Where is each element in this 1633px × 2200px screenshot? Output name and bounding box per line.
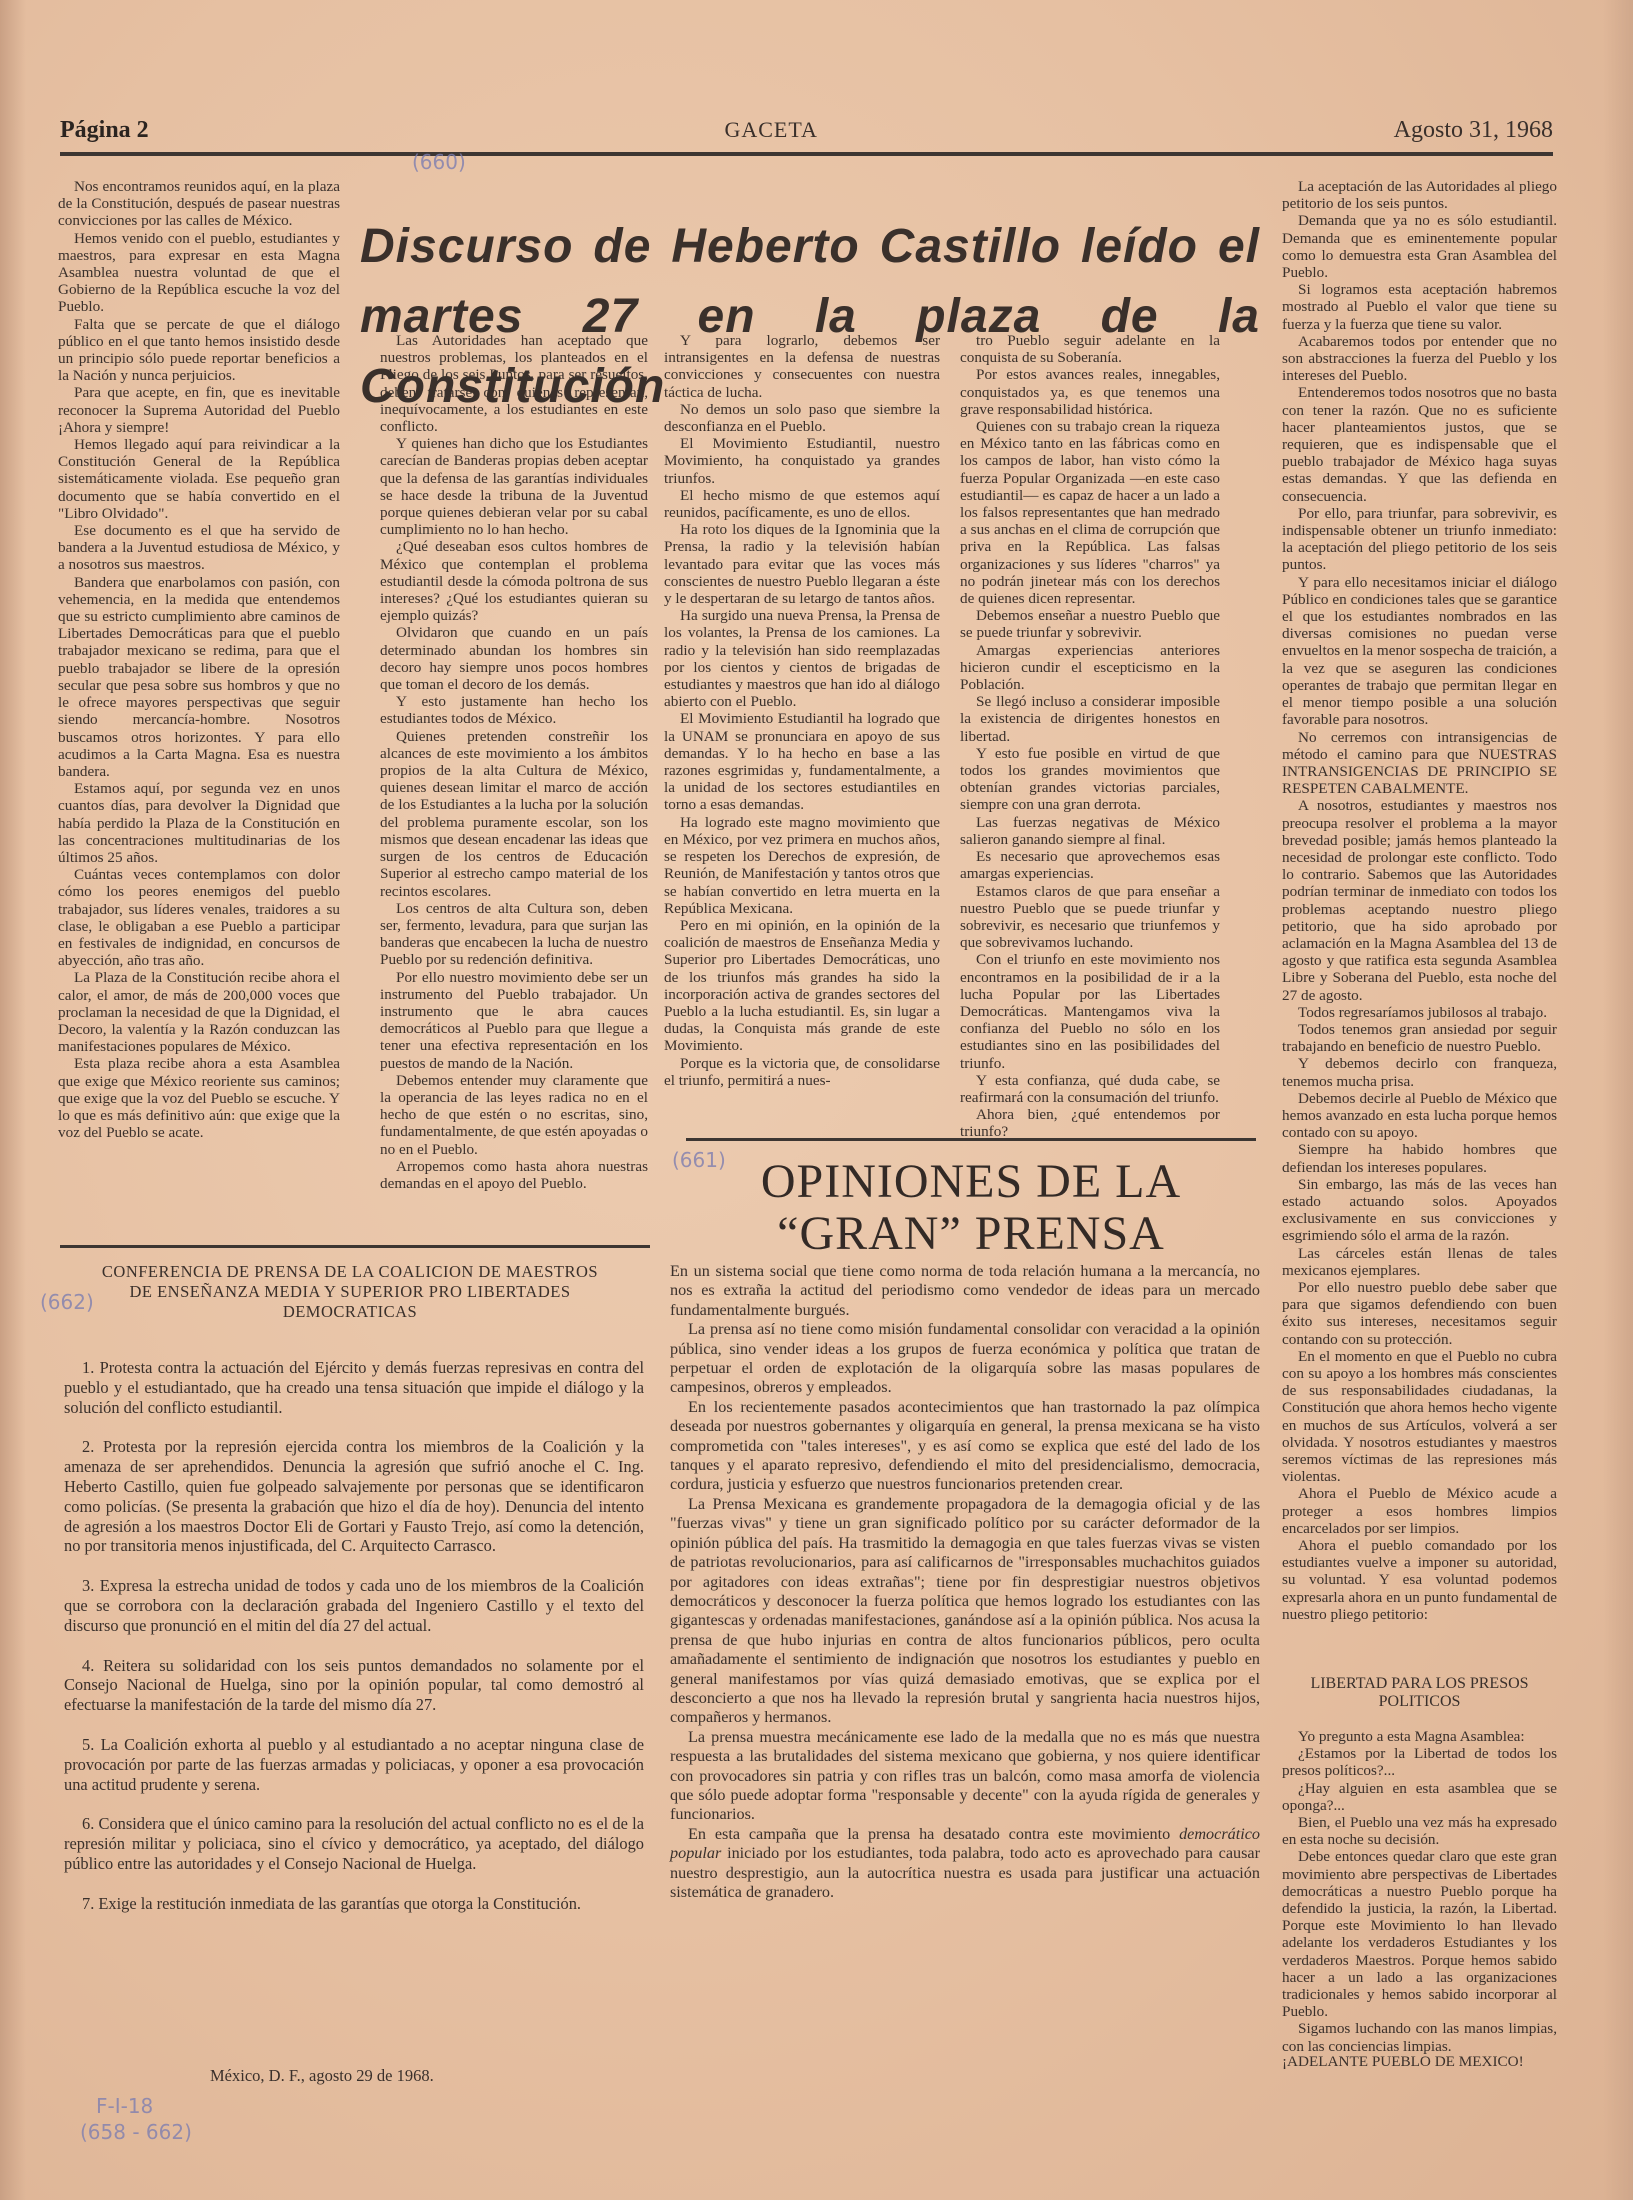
opinions-title-line1: OPINIONES DE LA <box>686 1156 1256 1208</box>
paragraph: A nosotros, estudiantes y maestros nos p… <box>1282 797 1557 1003</box>
paragraph: La Plaza de la Constitución recibe ahora… <box>58 969 340 1055</box>
paragraph: La prensa así no tiene como misión funda… <box>670 1320 1260 1398</box>
paragraph: La prensa muestra mecánicamente ese lado… <box>670 1728 1260 1825</box>
masthead-rule <box>60 152 1553 156</box>
subheading-presos-politicos: LIBERTAD PARA LOS PRESOS POLITICOS <box>1282 1675 1557 1711</box>
section-rule-conference <box>60 1245 650 1248</box>
paragraph: Con el triunfo en este movimiento nos en… <box>960 951 1220 1071</box>
paragraph: Los centros de alta Cultura son, deben s… <box>380 900 648 969</box>
paragraph: Arropemos como hasta ahora nuestras dema… <box>380 1158 648 1192</box>
paragraph: Por ello nuestro pueblo debe saber que p… <box>1282 1279 1557 1348</box>
paragraph: Debemos decirle al Pueblo de México que … <box>1282 1090 1557 1142</box>
paragraph: Nos encontramos reunidos aquí, en la pla… <box>58 178 340 230</box>
paragraph: Entenderemos todos nosotros que no basta… <box>1282 384 1557 504</box>
paragraph: Ahora el Pueblo de México acude a proteg… <box>1282 1485 1557 1537</box>
paragraph: Porque es la victoria que, de consolidar… <box>664 1055 940 1089</box>
paragraph: ¿Estamos por la Libertad de todos los pr… <box>1282 1745 1557 1779</box>
paragraph: Ha roto los diques de la Ignominia que l… <box>664 521 940 607</box>
paragraph: Hemos llegado aquí para reivindicar a la… <box>58 436 340 522</box>
opinions-title: OPINIONES DE LA “GRAN” PRENSA <box>686 1156 1256 1260</box>
section-rule-opinions <box>686 1138 1256 1141</box>
paragraph: Las Autoridades han aceptado que nuestro… <box>380 332 648 435</box>
paragraph: Ha surgido una nueva Prensa, la Prensa d… <box>664 607 940 710</box>
paragraph: Sin embargo, las más de las veces han es… <box>1282 1176 1557 1245</box>
paragraph: Y esto fue posible en virtud de que todo… <box>960 745 1220 814</box>
paragraph: Para que acepte, en fin, que es inevitab… <box>58 384 340 436</box>
paragraph: Amargas experiencias anteriores hicieron… <box>960 642 1220 694</box>
archive-range: (658 - 662) <box>80 2120 192 2144</box>
newspaper-name: GACETA <box>724 117 817 143</box>
paragraph: No demos un solo paso que siembre la des… <box>664 401 940 435</box>
paragraph: Ahora bien, ¿qué entendemos por triunfo? <box>960 1106 1220 1140</box>
paragraph: Yo pregunto a esta Magna Asamblea: <box>1282 1728 1557 1745</box>
paragraph: tro Pueblo seguir adelante en la conquis… <box>960 332 1220 366</box>
paragraph: Y para lograrlo, debemos ser intransigen… <box>664 332 940 401</box>
speech-closing: ¡ADELANTE PUEBLO DE MEXICO! <box>1282 2053 1557 2070</box>
speech-column-2: Las Autoridades han aceptado que nuestro… <box>380 332 648 1192</box>
handwritten-mark-660: (660) <box>412 150 466 174</box>
issue-date: Agosto 31, 1968 <box>1394 117 1553 144</box>
speech-column-4: tro Pueblo seguir adelante en la conquis… <box>960 332 1220 1141</box>
paragraph: Y quienes han dicho que los Estudiantes … <box>380 435 648 538</box>
paragraph: Por ello, para triunfar, para sobrevivir… <box>1282 505 1557 574</box>
paragraph: Es necesario que aprovechemos esas amarg… <box>960 848 1220 882</box>
paragraph: Falta que se percate de que el diálogo p… <box>58 316 340 385</box>
conference-points: 1. Protesta contra la actuación del Ejér… <box>64 1358 644 1934</box>
paragraph: Debemos entender muy claramente que la o… <box>380 1072 648 1158</box>
paragraph: En los recientemente pasados acontecimie… <box>670 1398 1260 1495</box>
paragraph: Siempre ha habido hombres que defiendan … <box>1282 1141 1557 1175</box>
paragraph: Estamos claros de que para enseñar a nue… <box>960 883 1220 952</box>
speech-column-6: Yo pregunto a esta Magna Asamblea:¿Estam… <box>1282 1728 1557 2055</box>
archive-code: F-I-18 <box>96 2094 153 2118</box>
paragraph: Las fuerzas negativas de México salieron… <box>960 814 1220 848</box>
paragraph: Pero en mi opinión, en la opinión de la … <box>664 917 940 1055</box>
paragraph: Quienes pretenden constreñir los alcance… <box>380 728 648 900</box>
paragraph: Esta plaza recibe ahora a esta Asamblea … <box>58 1055 340 1141</box>
speech-column-1: Nos encontramos reunidos aquí, en la pla… <box>58 178 340 1141</box>
conference-title: CONFERENCIA DE PRENSA DE LA COALICION DE… <box>100 1262 600 1322</box>
paragraph: Demanda que ya no es sólo estudiantil. D… <box>1282 212 1557 281</box>
paragraph: La Prensa Mexicana es grandemente propag… <box>670 1495 1260 1728</box>
paragraph: Y esta confianza, qué duda cabe, se reaf… <box>960 1072 1220 1106</box>
paragraph: 5. La Coalición exhorta al pueblo y al e… <box>64 1735 644 1794</box>
paragraph: Por estos avances reales, innegables, co… <box>960 366 1220 418</box>
speech-column-3: Y para lograrlo, debemos ser intransigen… <box>664 332 940 1089</box>
paragraph: Y debemos decirlo con franqueza, tenemos… <box>1282 1055 1557 1089</box>
paragraph: Ha logrado este magno movimiento que en … <box>664 814 940 917</box>
paragraph: Bandera que enarbolamos con pasión, con … <box>58 574 340 780</box>
opinions-body: En un sistema social que tiene como norm… <box>670 1262 1260 1902</box>
opinions-paragraphs: En un sistema social que tiene como norm… <box>670 1262 1260 1825</box>
paragraph: Bien, el Pueblo una vez más ha expresado… <box>1282 1814 1557 1848</box>
paragraph: 6. Considera que el único camino para la… <box>64 1814 644 1873</box>
paragraph: Ese documento es el que ha servido de ba… <box>58 522 340 574</box>
paper-edge-right <box>1603 0 1633 2200</box>
paragraph: En un sistema social que tiene como norm… <box>670 1262 1260 1320</box>
paragraph: Estamos aquí, por segunda vez en unos cu… <box>58 780 340 866</box>
paragraph: El hecho mismo de que estemos aquí reuni… <box>664 487 940 521</box>
paragraph: Y esto justamente han hecho los estudian… <box>380 693 648 727</box>
paragraph: Acabaremos todos por entender que no son… <box>1282 333 1557 385</box>
paragraph: 7. Exige la restitución inmediata de las… <box>64 1894 644 1914</box>
paragraph: 4. Reitera su solidaridad con los seis p… <box>64 1656 644 1715</box>
opinions-last-paragraph: En esta campaña que la prensa ha desatad… <box>670 1825 1260 1903</box>
paragraph: El Movimiento Estudiantil ha logrado que… <box>664 710 940 813</box>
paragraph: 2. Protesta por la represión ejercida co… <box>64 1437 644 1556</box>
handwritten-mark-662: (662) <box>40 1290 94 1314</box>
paragraph: Debemos enseñar a nuestro Pueblo que se … <box>960 607 1220 641</box>
paragraph: 3. Expresa la estrecha unidad de todos y… <box>64 1576 644 1635</box>
paragraph: Se llegó incluso a considerar imposible … <box>960 693 1220 745</box>
paragraph: 1. Protesta contra la actuación del Ejér… <box>64 1358 644 1417</box>
paper-edge-left <box>0 0 26 2200</box>
paragraph: Si logramos esta aceptación habremos mos… <box>1282 281 1557 333</box>
paragraph: Las cárceles están llenas de tales mexic… <box>1282 1245 1557 1279</box>
paragraph: Hemos venido con el pueblo, estudiantes … <box>58 230 340 316</box>
paragraph: Todos tenemos gran ansiedad por seguir t… <box>1282 1021 1557 1055</box>
paragraph: No cerremos con intransigencias de métod… <box>1282 729 1557 798</box>
paragraph: Quienes con su trabajo crean la riqueza … <box>960 418 1220 607</box>
paragraph: Cuántas veces contemplamos con dolor cóm… <box>58 866 340 969</box>
paragraph: El Movimiento Estudiantil, nuestro Movim… <box>664 435 940 487</box>
paragraph: ¿Qué deseaban esos cultos hombres de Méx… <box>380 538 648 624</box>
page-number: Página 2 <box>60 117 149 144</box>
paragraph: ¿Hay alguien en esta asamblea que se opo… <box>1282 1780 1557 1814</box>
paragraph: La aceptación de las Autoridades al plie… <box>1282 178 1557 212</box>
paragraph: Olvidaron que cuando en un país determin… <box>380 624 648 693</box>
paragraph: Debe entonces quedar claro que este gran… <box>1282 1848 1557 2020</box>
masthead: Página 2 GACETA Agosto 31, 1968 <box>60 112 1553 148</box>
paragraph: Todos regresaríamos jubilosos al trabajo… <box>1282 1004 1557 1021</box>
opinions-title-line2: “GRAN” PRENSA <box>686 1208 1256 1260</box>
paragraph: Sigamos luchando con las manos limpias, … <box>1282 2020 1557 2054</box>
paragraph: Ahora el pueblo comandado por los estudi… <box>1282 1537 1557 1623</box>
paragraph: Y para ello necesitamos iniciar el diálo… <box>1282 574 1557 729</box>
paragraph: En el momento en que el Pueblo no cubra … <box>1282 1348 1557 1486</box>
conference-signature: México, D. F., agosto 29 de 1968. <box>210 2066 434 2086</box>
speech-column-5: La aceptación de las Autoridades al plie… <box>1282 178 1557 1623</box>
paragraph: Por ello nuestro movimiento debe ser un … <box>380 969 648 1072</box>
